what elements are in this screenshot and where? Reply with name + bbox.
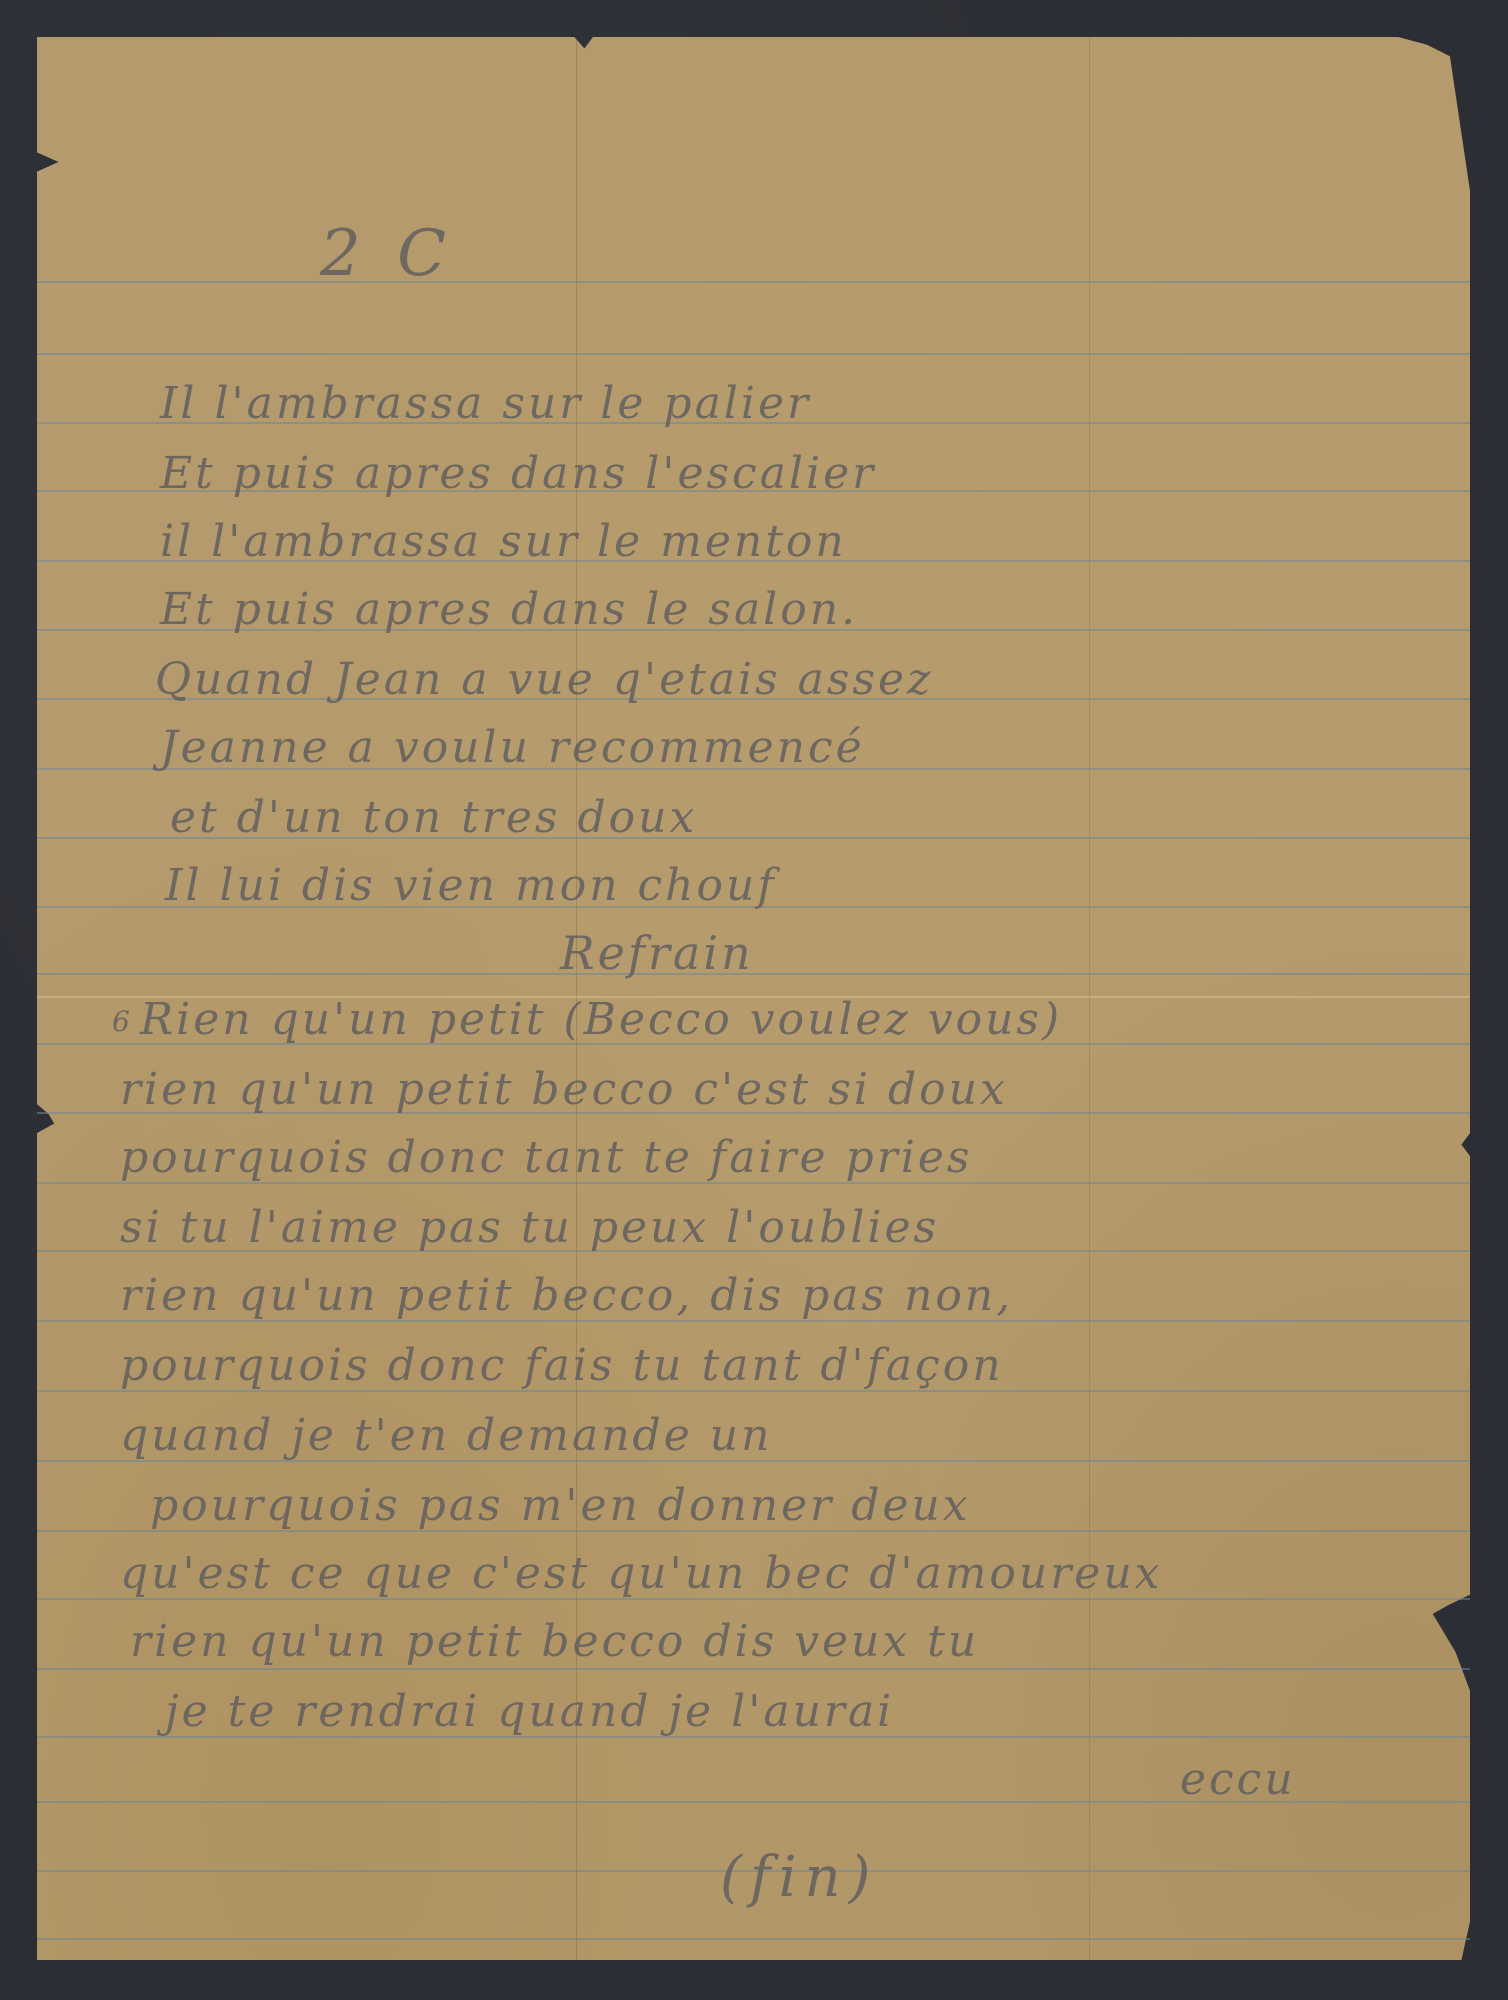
closing-mark: (fin) [720, 1850, 878, 1906]
refrain-line: rien qu'un petit becco dis veux tu [130, 1620, 979, 1664]
verse-line: et d'un ton tres doux [170, 796, 697, 840]
refrain-line: qu'est ce que c'est qu'un bec d'amoureux [120, 1552, 1162, 1596]
refrain-line: quand je t'en demande un [120, 1414, 772, 1458]
ruled-line [37, 353, 1470, 355]
verse-line: Et puis apres dans l'escalier [160, 452, 876, 496]
refrain-line: Rien qu'un petit (Becco voulez vous) [140, 998, 1062, 1042]
refrain-number: 6 [112, 1008, 133, 1036]
verse-line: Il l'ambrassa sur le palier [160, 382, 811, 426]
refrain-line: pourquois donc tant te faire pries [120, 1136, 972, 1180]
refrain-line: pourquois donc fais tu tant d'façon [120, 1344, 1004, 1388]
refrain-line: rien qu'un petit becco c'est si doux [120, 1068, 1008, 1112]
fold-crease-vertical-right [1089, 37, 1090, 1960]
refrain-line: si tu l'aime pas tu peux l'oublies [120, 1206, 939, 1250]
ruled-line [37, 1668, 1470, 1670]
refrain-line: eccu [1180, 1758, 1296, 1802]
verse-line: Quand Jean a vue q'etais assez [155, 658, 933, 702]
verse-line: Il lui dis vien mon chouf [165, 864, 777, 908]
refrain-label: Refrain [560, 930, 754, 976]
verse-line: Jeanne a voulu recommencé [160, 726, 865, 770]
verse-line: il l'ambrassa sur le menton [160, 520, 847, 564]
ruled-line [37, 1938, 1470, 1940]
refrain-line: pourquois pas m'en donner deux [150, 1484, 971, 1528]
refrain-line: rien qu'un petit becco, dis pas non, [120, 1274, 1013, 1318]
page-title: 2 C [320, 222, 454, 286]
ruled-line [37, 281, 1470, 283]
refrain-line: je te rendrai quand je l'aurai [165, 1690, 894, 1734]
verse-line: Et puis apres dans le salon. [160, 588, 858, 632]
